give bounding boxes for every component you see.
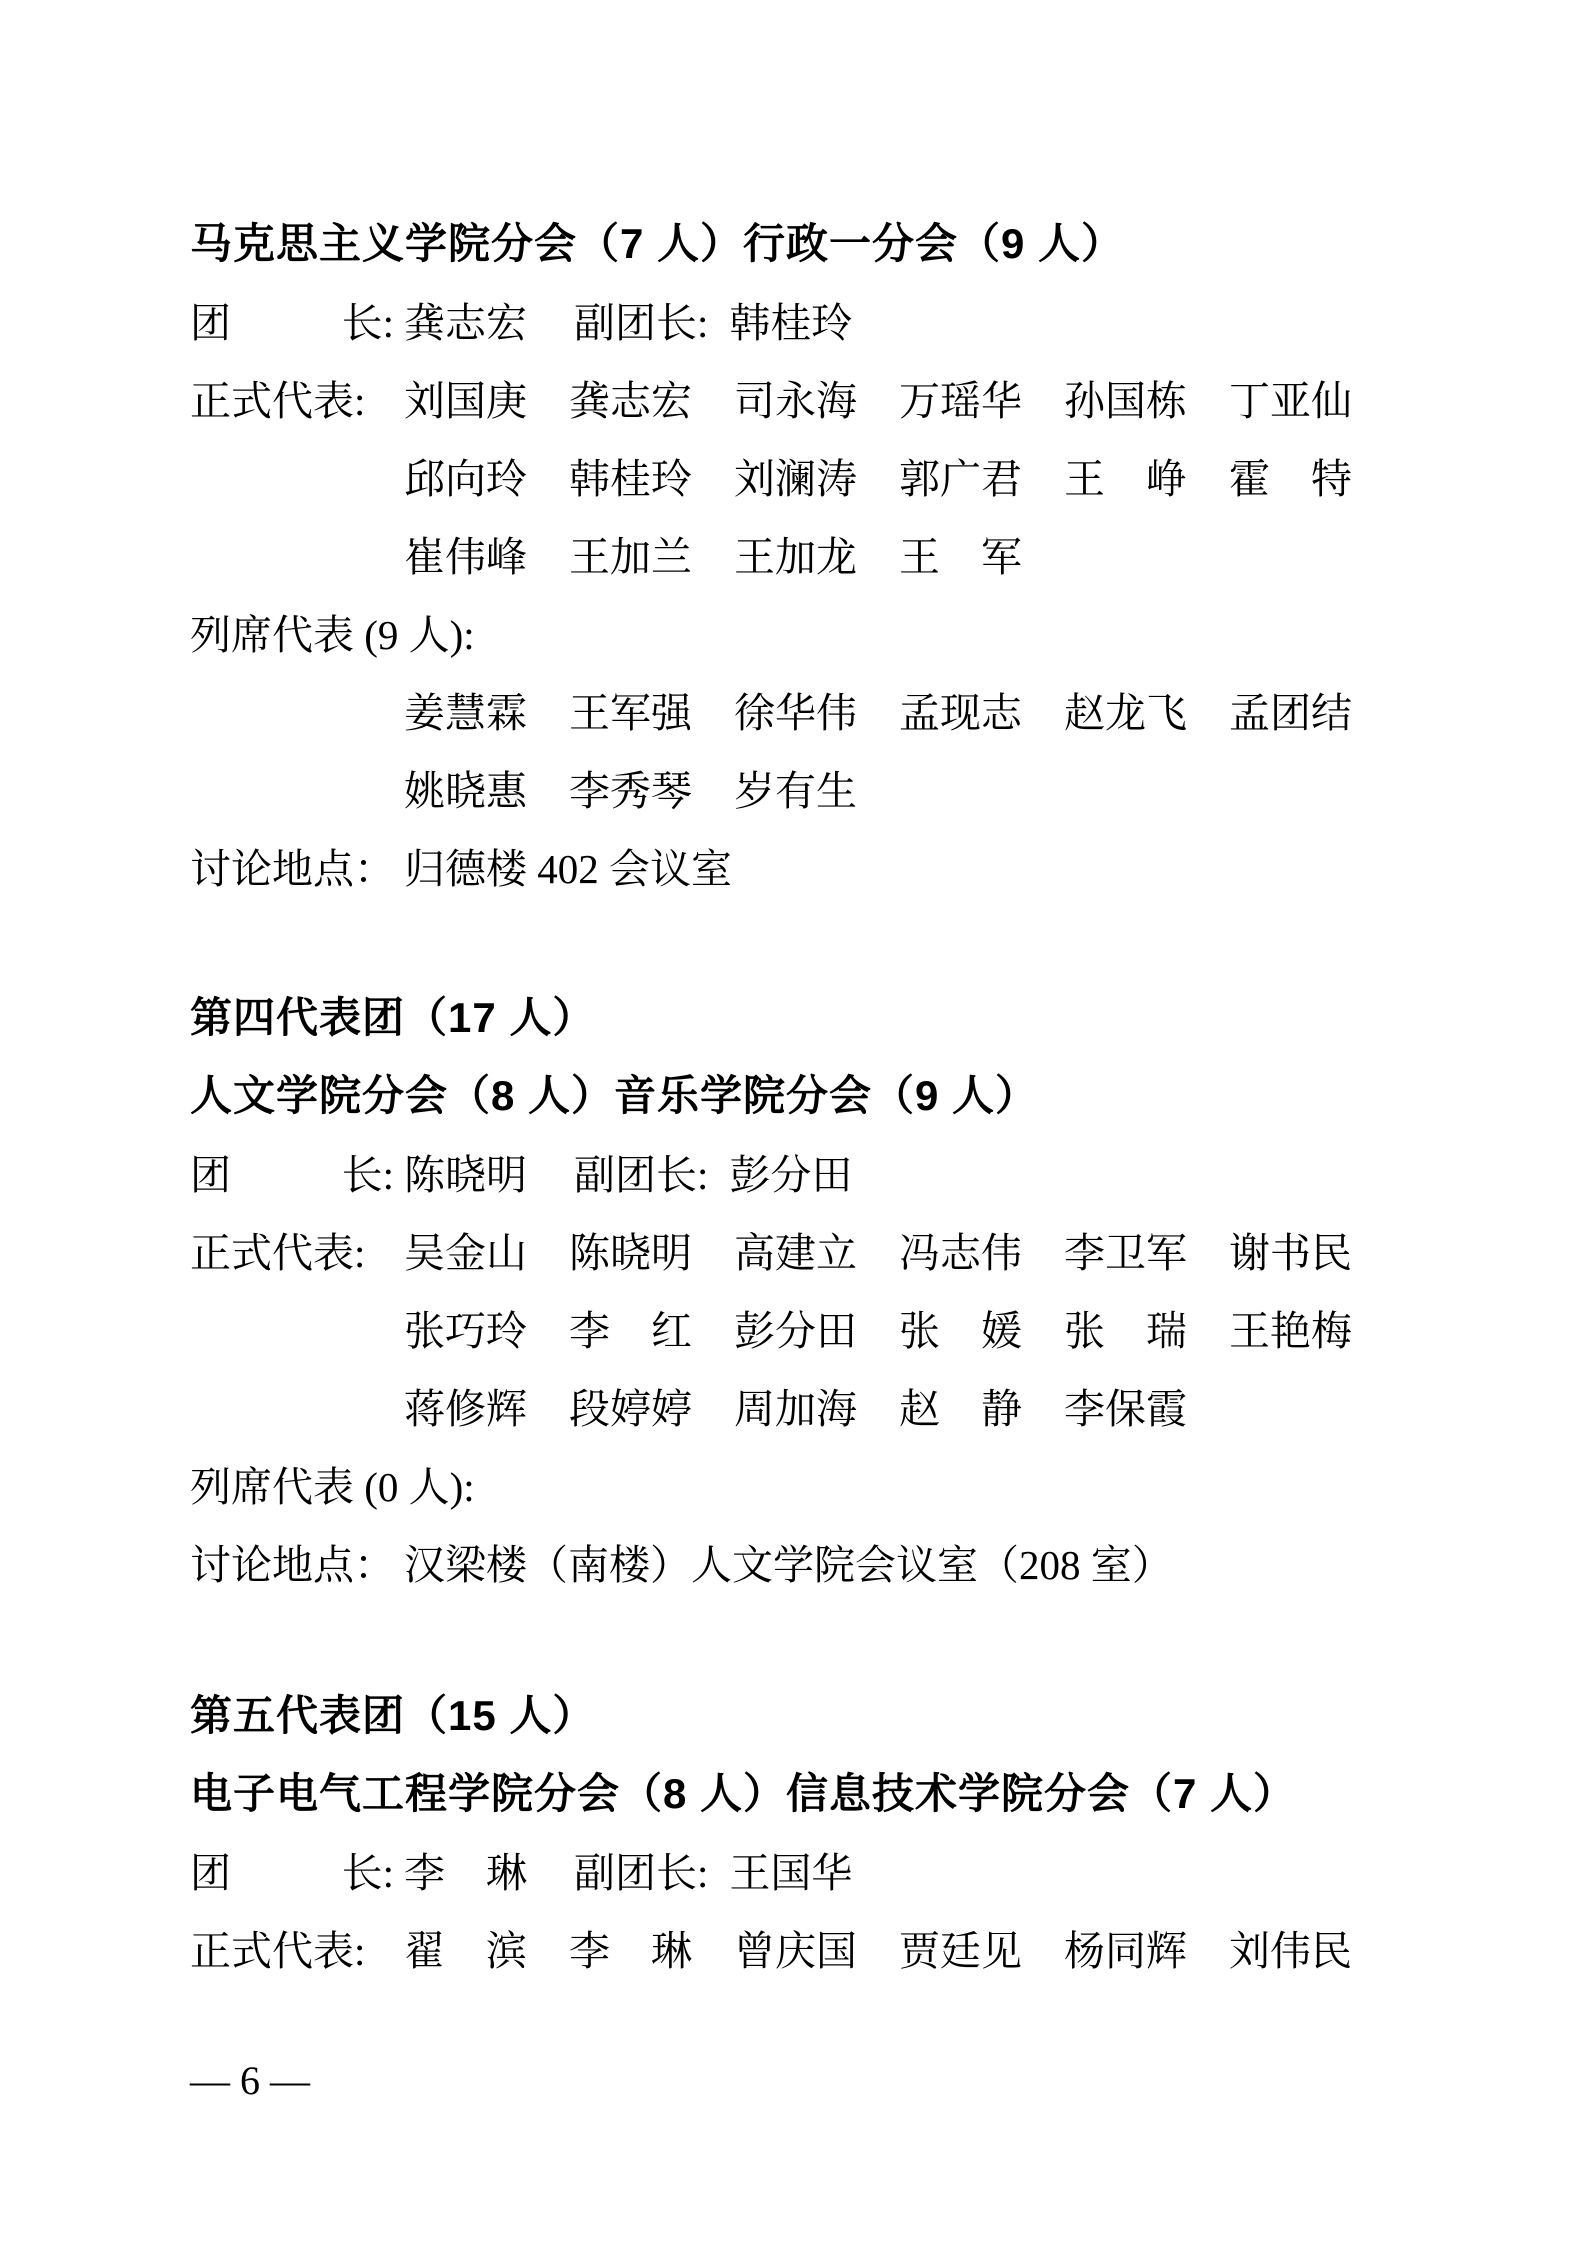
delegation-heading-text: 第四代表团（17 人） bbox=[190, 985, 595, 1045]
delegate-name: 王 峥 bbox=[1064, 446, 1187, 505]
delegate-name: 姚晓惠 bbox=[404, 758, 527, 817]
page-content: 马克思主义学院分会（7 人）行政一分会（9 人） 团 长: 龚志宏 副团长: 韩… bbox=[190, 202, 1450, 1986]
delegate-name-list: 邱向玲 韩桂玲 刘澜涛 郭广君 王 峥 霍 特 bbox=[404, 446, 1352, 505]
delegate-name: 段婷婷 bbox=[569, 1376, 692, 1435]
leader-label: 团 长: bbox=[190, 1142, 404, 1201]
branch-heading: 人文学院分会（8 人）音乐学院分会（9 人） bbox=[190, 1054, 1450, 1132]
discussion-location-value: 汉梁楼（南楼）人文学院会议室（208 室） bbox=[404, 1532, 1173, 1591]
deputy-leader-label: 副团长: bbox=[574, 290, 708, 349]
delegate-name: 李秀琴 bbox=[569, 758, 692, 817]
delegate-name: 王军强 bbox=[569, 680, 692, 739]
delegate-name: 岁有生 bbox=[734, 758, 857, 817]
delegation-heading: 第五代表团（15 人） bbox=[190, 1674, 1450, 1752]
delegate-name: 贾廷见 bbox=[899, 1918, 1022, 1977]
deputy-leader-name: 彭分田 bbox=[729, 1142, 852, 1201]
formal-delegates-row: 崔伟峰 王加兰 王加龙 王 军 bbox=[190, 514, 1450, 592]
formal-delegates-label: 正式代表: bbox=[190, 368, 404, 427]
delegate-name: 孟现志 bbox=[899, 680, 1022, 739]
delegate-name-list: 姜慧霖 王军强 徐华伟 孟现志 赵龙飞 孟团结 bbox=[404, 680, 1352, 739]
formal-delegates-row: 张巧玲 李 红 彭分田 张 媛 张 瑞 王艳梅 bbox=[190, 1288, 1450, 1366]
delegate-name: 吴金山 bbox=[404, 1220, 527, 1279]
observer-delegates-row: 姜慧霖 王军强 徐华伟 孟现志 赵龙飞 孟团结 bbox=[190, 670, 1450, 748]
leader-name: 李 琳 bbox=[404, 1840, 527, 1899]
section-gap bbox=[190, 1600, 1450, 1674]
delegation-heading: 第四代表团（17 人） bbox=[190, 976, 1450, 1054]
delegate-name: 龚志宏 bbox=[569, 368, 692, 427]
delegate-name-list: 蒋修辉 段婷婷 周加海 赵 静 李保霞 bbox=[404, 1376, 1187, 1435]
branch-heading: 马克思主义学院分会（7 人）行政一分会（9 人） bbox=[190, 202, 1450, 280]
delegate-name: 杨同辉 bbox=[1064, 1918, 1187, 1977]
delegate-name: 王 军 bbox=[899, 524, 1022, 583]
deputy-leader-label: 副团长: bbox=[574, 1142, 708, 1201]
leader-label: 团 长: bbox=[190, 1840, 404, 1899]
delegate-name: 刘澜涛 bbox=[734, 446, 857, 505]
leader-label: 团 长: bbox=[190, 290, 404, 349]
delegate-name: 郭广君 bbox=[899, 446, 1022, 505]
deputy-leader-name: 韩桂玲 bbox=[729, 290, 852, 349]
formal-delegates-row: 正式代表: 吴金山 陈晓明 高建立 冯志伟 李卫军 谢书民 bbox=[190, 1210, 1450, 1288]
delegate-name-list: 吴金山 陈晓明 高建立 冯志伟 李卫军 谢书民 bbox=[404, 1220, 1352, 1279]
discussion-location-label: 讨论地点： bbox=[190, 1532, 404, 1591]
delegate-name: 蒋修辉 bbox=[404, 1376, 527, 1435]
formal-delegates-row: 邱向玲 韩桂玲 刘澜涛 郭广君 王 峥 霍 特 bbox=[190, 436, 1450, 514]
delegate-name: 邱向玲 bbox=[404, 446, 527, 505]
deputy-leader-label: 副团长: bbox=[574, 1840, 708, 1899]
leader-name: 陈晓明 bbox=[404, 1142, 527, 1201]
delegate-name: 刘伟民 bbox=[1229, 1918, 1352, 1977]
branch-heading: 电子电气工程学院分会（8 人）信息技术学院分会（7 人） bbox=[190, 1752, 1450, 1830]
delegate-name: 李卫军 bbox=[1064, 1220, 1187, 1279]
leader-row: 团 长: 龚志宏 副团长: 韩桂玲 bbox=[190, 280, 1450, 358]
delegate-name: 王加兰 bbox=[569, 524, 692, 583]
page-footer: — 6 — bbox=[190, 2041, 310, 2119]
page-number: — 6 — bbox=[190, 2057, 310, 2104]
delegate-name: 彭分田 bbox=[734, 1298, 857, 1357]
delegation-section-4: 第四代表团（17 人） 人文学院分会（8 人）音乐学院分会（9 人） 团 长: … bbox=[190, 976, 1450, 1600]
formal-delegates-row: 正式代表: 刘国庚 龚志宏 司永海 万瑶华 孙国栋 丁亚仙 bbox=[190, 358, 1450, 436]
delegate-name: 谢书民 bbox=[1229, 1220, 1352, 1279]
branch-heading-text: 马克思主义学院分会（7 人）行政一分会（9 人） bbox=[190, 211, 1124, 271]
delegate-name: 孙国栋 bbox=[1064, 368, 1187, 427]
delegate-name: 张 媛 bbox=[899, 1298, 1022, 1357]
leader-name: 龚志宏 bbox=[404, 290, 527, 349]
delegate-name: 李 琳 bbox=[569, 1918, 692, 1977]
delegate-name: 张 瑞 bbox=[1064, 1298, 1187, 1357]
delegate-name: 万瑶华 bbox=[899, 368, 1022, 427]
delegate-name: 高建立 bbox=[734, 1220, 857, 1279]
formal-delegates-label: 正式代表: bbox=[190, 1220, 404, 1279]
discussion-location-row: 讨论地点： 归德楼 402 会议室 bbox=[190, 826, 1450, 904]
delegate-name: 王加龙 bbox=[734, 524, 857, 583]
delegation-section-5: 第五代表团（15 人） 电子电气工程学院分会（8 人）信息技术学院分会（7 人）… bbox=[190, 1674, 1450, 1986]
delegate-name: 张巧玲 bbox=[404, 1298, 527, 1357]
observer-delegates-label: 列席代表 (9 人): bbox=[190, 602, 475, 661]
observer-delegates-label-row: 列席代表 (9 人): bbox=[190, 592, 1450, 670]
delegate-name: 曾庆国 bbox=[734, 1918, 857, 1977]
leader-row: 团 长: 陈晓明 副团长: 彭分田 bbox=[190, 1132, 1450, 1210]
delegate-name: 刘国庚 bbox=[404, 368, 527, 427]
delegate-name: 崔伟峰 bbox=[404, 524, 527, 583]
observer-delegates-label-row: 列席代表 (0 人): bbox=[190, 1444, 1450, 1522]
section-gap bbox=[190, 904, 1450, 976]
delegate-name: 陈晓明 bbox=[569, 1220, 692, 1279]
discussion-location-row: 讨论地点： 汉梁楼（南楼）人文学院会议室（208 室） bbox=[190, 1522, 1450, 1600]
delegate-name-list: 翟 滨 李 琳 曾庆国 贾廷见 杨同辉 刘伟民 bbox=[404, 1918, 1352, 1977]
document-page: 马克思主义学院分会（7 人）行政一分会（9 人） 团 长: 龚志宏 副团长: 韩… bbox=[0, 0, 1587, 2245]
delegate-name: 周加海 bbox=[734, 1376, 857, 1435]
discussion-location-label: 讨论地点： bbox=[190, 836, 404, 895]
delegate-name: 韩桂玲 bbox=[569, 446, 692, 505]
delegate-name: 霍 特 bbox=[1229, 446, 1352, 505]
leader-row: 团 长: 李 琳 副团长: 王国华 bbox=[190, 1830, 1450, 1908]
delegation-section-3: 马克思主义学院分会（7 人）行政一分会（9 人） 团 长: 龚志宏 副团长: 韩… bbox=[190, 202, 1450, 904]
delegate-name: 赵 静 bbox=[899, 1376, 1022, 1435]
formal-delegates-row: 蒋修辉 段婷婷 周加海 赵 静 李保霞 bbox=[190, 1366, 1450, 1444]
delegate-name-list: 刘国庚 龚志宏 司永海 万瑶华 孙国栋 丁亚仙 bbox=[404, 368, 1352, 427]
formal-delegates-row: 正式代表: 翟 滨 李 琳 曾庆国 贾廷见 杨同辉 刘伟民 bbox=[190, 1908, 1450, 1986]
delegate-name: 孟团结 bbox=[1229, 680, 1352, 739]
observer-delegates-row: 姚晓惠 李秀琴 岁有生 bbox=[190, 748, 1450, 826]
delegate-name: 徐华伟 bbox=[734, 680, 857, 739]
delegate-name-list: 张巧玲 李 红 彭分田 张 媛 张 瑞 王艳梅 bbox=[404, 1298, 1352, 1357]
delegate-name: 翟 滨 bbox=[404, 1918, 527, 1977]
observer-delegates-label: 列席代表 (0 人): bbox=[190, 1454, 475, 1513]
delegate-name: 姜慧霖 bbox=[404, 680, 527, 739]
discussion-location-value: 归德楼 402 会议室 bbox=[404, 836, 732, 895]
branch-heading-text: 人文学院分会（8 人）音乐学院分会（9 人） bbox=[190, 1063, 1038, 1123]
delegate-name: 司永海 bbox=[734, 368, 857, 427]
delegate-name: 丁亚仙 bbox=[1229, 368, 1352, 427]
delegate-name: 王艳梅 bbox=[1229, 1298, 1352, 1357]
delegate-name: 冯志伟 bbox=[899, 1220, 1022, 1279]
delegate-name-list: 姚晓惠 李秀琴 岁有生 bbox=[404, 758, 857, 817]
branch-heading-text: 电子电气工程学院分会（8 人）信息技术学院分会（7 人） bbox=[190, 1761, 1296, 1821]
deputy-leader-name: 王国华 bbox=[729, 1840, 852, 1899]
formal-delegates-label: 正式代表: bbox=[190, 1918, 404, 1977]
delegate-name: 李 红 bbox=[569, 1298, 692, 1357]
delegation-heading-text: 第五代表团（15 人） bbox=[190, 1683, 595, 1743]
delegate-name: 赵龙飞 bbox=[1064, 680, 1187, 739]
delegate-name-list: 崔伟峰 王加兰 王加龙 王 军 bbox=[404, 524, 1022, 583]
delegate-name: 李保霞 bbox=[1064, 1376, 1187, 1435]
